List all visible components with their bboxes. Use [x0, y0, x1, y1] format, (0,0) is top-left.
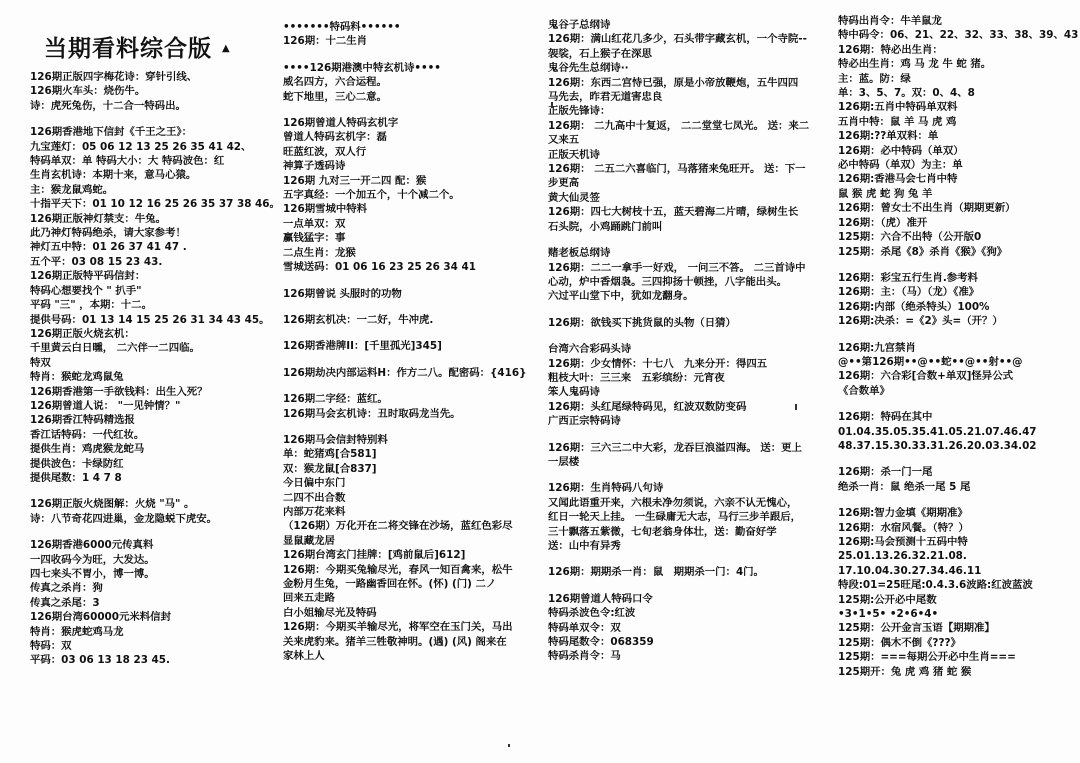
text-line: 特中码令：06、21、22、32、33、38、39、43 [838, 28, 1078, 42]
text-line: 心动，炉中香烟袅。三四抑扬十顿挫，八字能出头。 [548, 275, 818, 289]
text-line: 126期台湾60000元米料信封 [30, 610, 280, 624]
text-block: ••••126期港澳中特玄机诗••••威名四方，六合运程。蛇下地里，三心二意。 [283, 61, 538, 104]
block-gap [30, 526, 280, 538]
text-line: 125期：===每期公开必中生肖=== [838, 650, 1078, 664]
text-line: 威名四方，六合运程。 [283, 75, 538, 89]
text-line: 126期：三六三二中大彩，龙吞巨浪溢四海。 送：更上 [548, 441, 818, 455]
text-line: 126期:内部（绝杀特头）100% [838, 300, 1078, 314]
text-line: 十指平天下：01 10 12 16 25 26 35 37 38 46。 [30, 197, 280, 211]
text-block: 126期曾道人特码口令特码杀波色令:红波特码单双令：双特码尾数令：068359特… [548, 592, 818, 664]
text-block: 特码出肖令：牛羊鼠龙特中码令：06、21、22、32、33、38、39、4312… [838, 14, 1078, 259]
text-line: 一点单双：双 [283, 217, 538, 231]
text-line: 家林上人 [283, 649, 538, 663]
text-line: 二点生肖：龙猴 [283, 246, 538, 260]
text-line: 126期:马会预测十五码中特 [838, 535, 1078, 549]
block-gap [283, 327, 538, 339]
document-page: 当期看料综合版▲ 126期正版四字梅花诗：穿针引线、126期火车头：烧伤牛。诗：… [0, 0, 1080, 763]
block-gap [283, 421, 538, 433]
title-text: 当期看料综合版 [44, 35, 212, 62]
text-line: 125期开：兔 虎 鸡 猪 蛇 猴 [838, 665, 1078, 679]
text-line: 神算子透码诗 [283, 159, 538, 173]
text-line: 必中特码（单双）为主：单 [838, 158, 1078, 172]
text-line: 126期： 二五二六喜临门，马落猪来兔旺开。 送：下一 [548, 162, 818, 176]
text-line: 特肖：猴虎蛇鸡马龙 [30, 625, 280, 639]
text-block: 126期曾道人特码玄机字曾道人特码玄机字：磊旺蓝红波，双人行神算子透码诗126期… [283, 116, 538, 274]
scan-speck [551, 102, 553, 108]
text-line: 126期正版火烧玄机： [30, 327, 280, 341]
text-line: （126期）万化开在二将交锋在沙场，蓝红色彩尽 [283, 519, 538, 533]
text-line: 特肖：猴蛇龙鸡鼠兔 [30, 370, 280, 384]
text-line: 白小姐输尽光及特码 [283, 606, 538, 620]
text-line: 126期曾道人说： "一见钟情？" [30, 399, 280, 413]
text-line: 126期:智力金填《期期准》 [838, 506, 1078, 520]
text-block: 126期香港牌II：[千里孤光]345] [283, 339, 538, 353]
text-line: 传真之杀尾：3 [30, 596, 280, 610]
text-line: 特码杀波色令:红波 [548, 606, 818, 620]
text-line: •3•1•5• •2•6•4• [838, 607, 1078, 621]
text-line: 今日偏中东门 [283, 476, 538, 490]
scan-speck [508, 744, 510, 747]
text-block: 126期香港地下信封《千王之王》：九宝莲灯：05 06 12 13 25 26 … [30, 125, 280, 485]
text-line: 此乃神灯特码绝杀，请大家参考！ [30, 226, 280, 240]
text-line: 125期：六合不出特（公开版0 [838, 230, 1078, 244]
text-block: 鬼谷子总纲诗126期：满山红花几多少，石头带字藏玄机，一个寺院--袈裟，石上猴子… [548, 18, 818, 234]
text-line: •••••••特码料•••••• [283, 20, 538, 34]
block-gap [548, 234, 818, 246]
text-block: 126期二字经：蓝红。126期马会玄机诗：丑时取码龙当先。 [283, 392, 538, 421]
text-block: 126期香港6000元传真料一四收码今为旺，大发达。四七来头不胃小，博一博。传真… [30, 538, 280, 668]
text-line: 送：山中有异秀 [548, 539, 818, 553]
text-line: 传真之杀肖：狗 [30, 581, 280, 595]
block-gap [838, 453, 1078, 465]
block-gap [283, 275, 538, 287]
text-line: 126期：主：（马）（龙）《准》 [838, 285, 1078, 299]
text-line: 126期曾道人特码玄机字 [283, 116, 538, 130]
block-gap [548, 580, 818, 592]
text-line: 鬼谷子总纲诗 [548, 18, 818, 32]
text-line: 126期：十二生肖 [283, 34, 538, 48]
text-line: 特段:01=25旺尾:0.4.3.6波路:红波蓝波 [838, 578, 1078, 592]
text-line: 六过平山堂下中，犹如龙翻身。 [548, 289, 818, 303]
text-line: 特码单双：单 特码大小：大 特码波色：红 [30, 154, 280, 168]
text-line: 曾道人特码玄机字：磊 [283, 130, 538, 144]
block-gap [548, 330, 818, 342]
text-line: 126期：头红尾绿特码见，红波双数防变码 [548, 400, 818, 414]
block-gap [548, 429, 818, 441]
text-line: 126期:五肖中特码单双料 [838, 100, 1078, 114]
text-line: 126期正版火烧图解：火烧 "马" 。 [30, 497, 280, 511]
block-gap [30, 113, 280, 125]
text-line: 一四收码今为旺，大发达。 [30, 553, 280, 567]
text-line: 红日一轮天上挂。 一生碌庸无大志，马行三步羊跟后， [548, 510, 818, 524]
text-block: •••••••特码料••••••126期：十二生肖 [283, 20, 538, 49]
block-gap [30, 485, 280, 497]
text-block: 126期马会信封特别料单：蛇猪鸡[合581]双：猴龙鼠[合837]今日偏中东门二… [283, 433, 538, 664]
text-line: 126期:香港马会七肖中特 [838, 172, 1078, 186]
text-line: 48.37.15.30.33.31.26.20.03.34.02 [838, 439, 1078, 453]
text-line: 三十飘落五紫微，七旬老翁身体壮，送：勤奋好学 [548, 525, 818, 539]
block-gap [548, 304, 818, 316]
text-line: 金粉月生兔，一路幽香回在怀。(怀) (门) 二ノ [283, 577, 538, 591]
text-line: 单：3、5、7。双：0、4、8 [838, 86, 1078, 100]
text-block: 126期：期期杀一肖：鼠 期期杀一门：4门。 [548, 565, 818, 579]
text-line: 提供号码：01 13 14 15 25 26 31 34 43 45。 [30, 313, 280, 327]
text-line: 特码尾数令：068359 [548, 635, 818, 649]
text-line: 126期：少女情怀：十七八 九来分开：得四五 [548, 357, 818, 371]
text-line: 五字真经：一个加五个，十个减二个。 [283, 188, 538, 202]
text-block: 126期曾说 头服时的功物 [283, 287, 538, 301]
text-line: 125期：杀尾《8》杀肖《猴》《狗》 [838, 245, 1078, 259]
text-line: 126期 九对三一开二四 配：猴 [283, 174, 538, 188]
text-line: 广西正宗特码诗 [548, 414, 818, 428]
text-line: 126期：欲钱买下挑货鼠的头物（日猜） [548, 316, 818, 330]
text-line: 千里黄云白日曛， 二六伴一二四临。 [30, 341, 280, 355]
text-line: 香江话特码：一代红妆。 [30, 428, 280, 442]
text-line: 诗：八节奇花四进巢，金龙隐蜕下虎安。 [30, 512, 280, 526]
text-line: 特双 [30, 356, 280, 370]
text-line: 126期：特码在其中 [838, 410, 1078, 424]
block-gap [838, 494, 1078, 506]
text-block: 126期正版四字梅花诗：穿针引线、126期火车头：烧伤牛。诗：虎死兔伤，十二合一… [30, 70, 280, 113]
block-gap [283, 380, 538, 392]
text-line: 126期：东西二宫恃已强，原是小帝放鞭炮，五牛四四 [548, 76, 818, 90]
block-gap [838, 329, 1078, 341]
text-line: 袈裟，石上猴子在深思 [548, 47, 818, 61]
text-line: 双：猴龙鼠[合837] [283, 462, 538, 476]
text-block: 台湾六合彩码头诗126期：少女情怀：十七八 九来分开：得四五粗枝大叶：三三来 五… [548, 342, 818, 428]
text-line: 126期香港6000元传真料 [30, 538, 280, 552]
text-line: 鼠 猴 虎 蛇 狗 兔 羊 [838, 187, 1078, 201]
text-line: ••••126期港澳中特玄机诗•••• [283, 61, 538, 75]
text-line: 126期火车头：烧伤牛。 [30, 84, 280, 98]
text-line: 台湾六合彩码头诗 [548, 342, 818, 356]
text-line: 特码出肖令：牛羊鼠龙 [838, 14, 1078, 28]
text-line: 126期曾道人特码口令 [548, 592, 818, 606]
text-line: 126期香江特码精选报 [30, 413, 280, 427]
text-line: 粗枝大叶：三三来 五彩缤纷：元宵夜 [548, 371, 818, 385]
page-title: 当期看料综合版▲ [44, 34, 280, 64]
text-line: 鬼谷先生总纲诗·· [548, 61, 818, 75]
text-line: 126期正版四字梅花诗：穿针引线、 [30, 70, 280, 84]
text-line: 回来五走路 [283, 591, 538, 605]
block-gap [283, 104, 538, 116]
block-gap [283, 354, 538, 366]
text-line: 二四不出合数 [283, 491, 538, 505]
text-line: 17.10.04.30.27.34.46.11 [838, 564, 1078, 578]
text-line: 126期香港牌II：[千里孤光]345] [283, 339, 538, 353]
text-line: 126期：必中特码（单双） [838, 144, 1078, 158]
text-line: 旺蓝红波，双人行 [283, 145, 538, 159]
text-line: 主：猴龙鼠鸡蛇。 [30, 183, 280, 197]
text-line: @••第126期••@••蛇••@••射••@ [838, 355, 1078, 369]
text-line: 马先去，昨君无道害忠良 [548, 90, 818, 104]
column-3: 鬼谷子总纲诗126期：满山红花几多少，石头带字藏玄机，一个寺院--袈裟，石上猴子… [548, 18, 818, 664]
text-line: 126期正版特平码信封： [30, 269, 280, 283]
text-line: 神灯五中特：01 26 37 41 47 . [30, 240, 280, 254]
text-line: 126期曾说 头服时的功物 [283, 287, 538, 301]
text-line: 126期劫决内部运料H：作方二八。配密码：{416} [283, 366, 538, 380]
text-line: 126期二字经：蓝红。 [283, 392, 538, 406]
text-line: 显鼠藏龙居 [283, 534, 538, 548]
text-line: 黄大仙灵签 [548, 191, 818, 205]
text-line: 特码：双 [30, 639, 280, 653]
text-line: 平码：03 06 13 18 23 45. [30, 653, 280, 667]
text-line: 特码单双令：双 [548, 621, 818, 635]
text-line: 绝杀一肖：鼠 绝杀一尾 5 尾 [838, 480, 1078, 494]
text-line: 126期：水宿风餐。（特？） [838, 521, 1078, 535]
text-line: 126期马会信封特别料 [283, 433, 538, 447]
column-2: •••••••特码料••••••126期：十二生肖••••126期港澳中特玄机诗… [283, 20, 538, 663]
text-line: 126期：（虎）准开 [838, 216, 1078, 230]
text-block: 126期:智力金填《期期准》126期：水宿风餐。（特？）126期:马会预测十五码… [838, 506, 1078, 679]
text-line: 正版先锋诗： [548, 104, 818, 118]
text-line: 126期雪城中特料 [283, 202, 538, 216]
text-line: 单：蛇猪鸡[合581] [283, 447, 538, 461]
text-line: 126期：特必出生肖： [838, 43, 1078, 57]
text-line: 赌老板总纲诗 [548, 246, 818, 260]
text-line: 126期：彩宝五行生肖.参考料 [838, 271, 1078, 285]
block-gap [283, 301, 538, 313]
text-line: 126期： 二九高中十复返， 二二堂堂七凤光。 送：来二 [548, 119, 818, 133]
text-line: 主：蓝。防：绿 [838, 72, 1078, 86]
text-line: 提供生肖：鸡虎猴龙蛇马 [30, 442, 280, 456]
text-block: 126期：欲钱买下挑货鼠的头物（日猜） [548, 316, 818, 330]
text-line: 25.01.13.26.32.21.08. [838, 549, 1078, 563]
text-line: 126期：曾女士不出生肖（期期更新） [838, 201, 1078, 215]
text-line: 蛇下地里，三心二意。 [283, 90, 538, 104]
block-gap [548, 469, 818, 481]
text-line: 诗：虎死兔伤，十二合一特码出。 [30, 99, 280, 113]
text-block: 126期：生肖特码八句诗又闻此语重开来，六根未净勿须说，六亲不认无愧心，红日一轮… [548, 481, 818, 553]
text-line: 126期正版神灯禁支：牛兔。 [30, 212, 280, 226]
text-line: 126期：满山红花几多少，石头带字藏玄机，一个寺院-- [548, 32, 818, 46]
text-line: 石头院，小鸡踊跳门前叫 [548, 220, 818, 234]
text-block: 126期：三六三二中大彩，龙吞巨浪溢四海。 送：更上一层楼 [548, 441, 818, 470]
text-block: 126期：杀一门一尾绝杀一肖：鼠 绝杀一尾 5 尾 [838, 465, 1078, 494]
text-line: 五肖中特：鼠 羊 马 虎 鸡 [838, 115, 1078, 129]
text-line: 又闻此语重开来，六根未净勿须说，六亲不认无愧心， [548, 496, 818, 510]
text-block: 126期：彩宝五行生肖.参考料126期：主：（马）（龙）《准》126期:内部（绝… [838, 271, 1078, 329]
text-line: 九宝莲灯：05 06 12 13 25 26 35 41 42、 [30, 140, 280, 154]
block-gap [283, 49, 538, 61]
text-line: 内部万花来料 [283, 505, 538, 519]
text-line: 126期:决杀：=《2》头=（开？） [838, 314, 1078, 328]
text-line: 126期:??单双料：单 [838, 129, 1078, 143]
text-line: 提供波色：卡绿防红 [30, 457, 280, 471]
text-line: 特码心想要找个 " 扒手" [30, 284, 280, 298]
block-gap [548, 553, 818, 565]
text-line: 一层楼 [548, 455, 818, 469]
block-gap [838, 398, 1078, 410]
text-line: 正版天机诗 [548, 148, 818, 162]
text-line: 特码杀肖令：马 [548, 649, 818, 663]
text-line: 步更高 [548, 176, 818, 190]
text-line: 《合数单》 [838, 384, 1078, 398]
text-line: 125期:公开必中尾数 [838, 593, 1078, 607]
block-gap [838, 259, 1078, 271]
text-line: 提供尾数：1 4 7 8 [30, 471, 280, 485]
text-block: 126期：特码在其中01.04.35.05.35.41.05.21.07.46.… [838, 410, 1078, 453]
text-line: 笨人鬼码诗 [548, 385, 818, 399]
text-block: 126期劫决内部运料H：作方二八。配密码：{416} [283, 366, 538, 380]
text-line: 特必出生肖：鸡 马 龙 牛 蛇 猪。 [838, 57, 1078, 71]
text-line: 生肖玄机诗：本期十来，意马心猿。 [30, 168, 280, 182]
text-line: 126期香港地下信封《千王之王》： [30, 125, 280, 139]
text-line: 126期台湾玄门挂牌：[鸡前鼠后]612] [283, 548, 538, 562]
text-line: 五个平：03 08 15 23 43. [30, 255, 280, 269]
column-1: 当期看料综合版▲ 126期正版四字梅花诗：穿针引线、126期火车头：烧伤牛。诗：… [30, 32, 280, 668]
text-line: 126期:九宫禁肖 [838, 341, 1078, 355]
text-line: 又来五 [548, 133, 818, 147]
text-line: 126期：今期买兔输尽光，春风一知百禽来，松牛 [283, 563, 538, 577]
text-block: 126期玄机决：一二好，牛冲虎. [283, 313, 538, 327]
text-block: 赌老板总纲诗126期：二二一拿手一好戏， 一问三不答。 二三首诗中心动，炉中香烟… [548, 246, 818, 304]
text-line: 四七来头不胃小，博一博。 [30, 567, 280, 581]
text-line: 126期：二二一拿手一好戏， 一问三不答。 二三首诗中 [548, 261, 818, 275]
text-line: 126期：四七大树枝十五，蓝天碧海二片晴，绿树生长 [548, 205, 818, 219]
scan-speck [795, 404, 797, 410]
text-line: 平码 "三" ，本期：十二。 [30, 298, 280, 312]
text-line: 126期：生肖特码八句诗 [548, 481, 818, 495]
text-line: 126期马会玄机诗：丑时取码龙当先。 [283, 407, 538, 421]
column-4: 特码出肖令：牛羊鼠龙特中码令：06、21、22、32、33、38、39、4312… [838, 14, 1078, 679]
text-line: 126期：杀一门一尾 [838, 465, 1078, 479]
text-line: 雪城送码：01 06 16 23 25 26 34 41 [283, 260, 538, 274]
text-line: 126期：期期杀一肖：鼠 期期杀一门：4门。 [548, 565, 818, 579]
text-line: 126期香港第一手欲钱料：出生入死？ [30, 385, 280, 399]
text-line: 赢钱猛字：事 [283, 231, 538, 245]
text-line: 125期：公开金言玉语【期期准】 [838, 621, 1078, 635]
text-line: 126期：六合彩[合数+单双]怪异公式 [838, 369, 1078, 383]
text-block: 126期:九宫禁肖@••第126期••@••蛇••@••射••@126期：六合彩… [838, 341, 1078, 399]
title-mark-icon: ▲ [222, 43, 231, 54]
text-line: 126期玄机决：一二好，牛冲虎. [283, 313, 538, 327]
text-line: 关来虎豹来。猪羊三牲敬神明。(遇) (风) 阁来在 [283, 635, 538, 649]
text-line: 125期：偶木不倒《???》 [838, 636, 1078, 650]
text-line: 126期：今期买羊输尽光，将军空在玉门关，马出 [283, 620, 538, 634]
text-block: 126期正版火烧图解：火烧 "马" 。诗：八节奇花四进巢，金龙隐蜕下虎安。 [30, 497, 280, 526]
text-line: 01.04.35.05.35.41.05.21.07.46.47 [838, 425, 1078, 439]
